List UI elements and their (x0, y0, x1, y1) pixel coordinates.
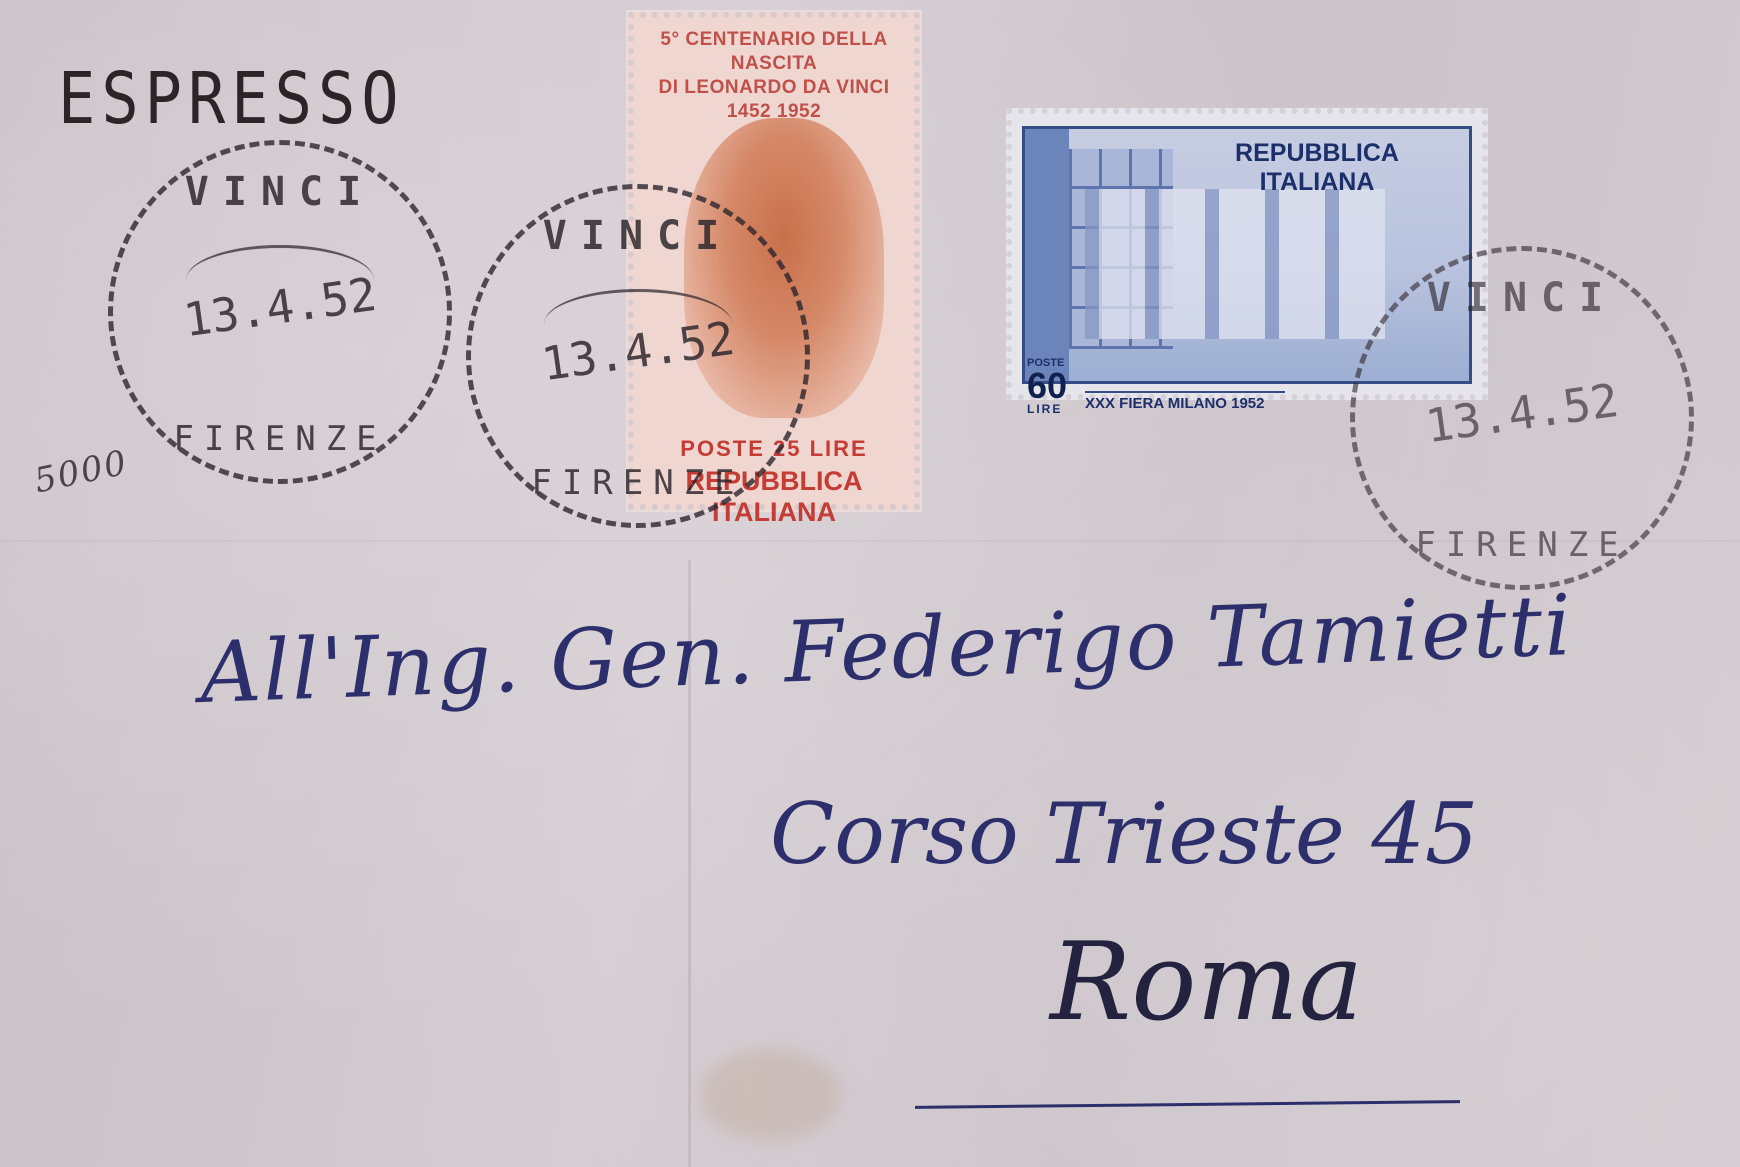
stamp-caption: XXX FIERA MILANO 1952 (1085, 391, 1285, 412)
postmark-center: VINCI 13.4.52 FIRENZE (466, 184, 810, 528)
stamp-header: REPUBBLICA ITALIANA (1175, 139, 1459, 197)
stamp-header: 5° CENTENARIO DELLA NASCITA DI LEONARDO … (644, 28, 904, 124)
address-recipient: All'Ing. Gen. Federigo Tamietti (199, 576, 1575, 722)
address-underline (915, 1100, 1460, 1109)
envelope: ESPRESSO 5000 5° CENTENARIO DELLA NASCIT… (0, 0, 1740, 1167)
stamp-side-panel (1025, 129, 1069, 381)
postmark-left: VINCI 13.4.52 FIRENZE (108, 140, 452, 484)
espresso-marking: ESPRESSO (58, 57, 405, 141)
address-city: Roma (1050, 920, 1363, 1045)
stamp-lire: LIRE (1027, 402, 1062, 416)
stain (700, 1050, 840, 1140)
postmark-right: VINCI 13.4.52 FIRENZE (1350, 246, 1694, 590)
address-street: Corso Trieste 45 (770, 785, 1478, 883)
stamp-value: 60 (1027, 365, 1067, 407)
building (1085, 189, 1385, 339)
